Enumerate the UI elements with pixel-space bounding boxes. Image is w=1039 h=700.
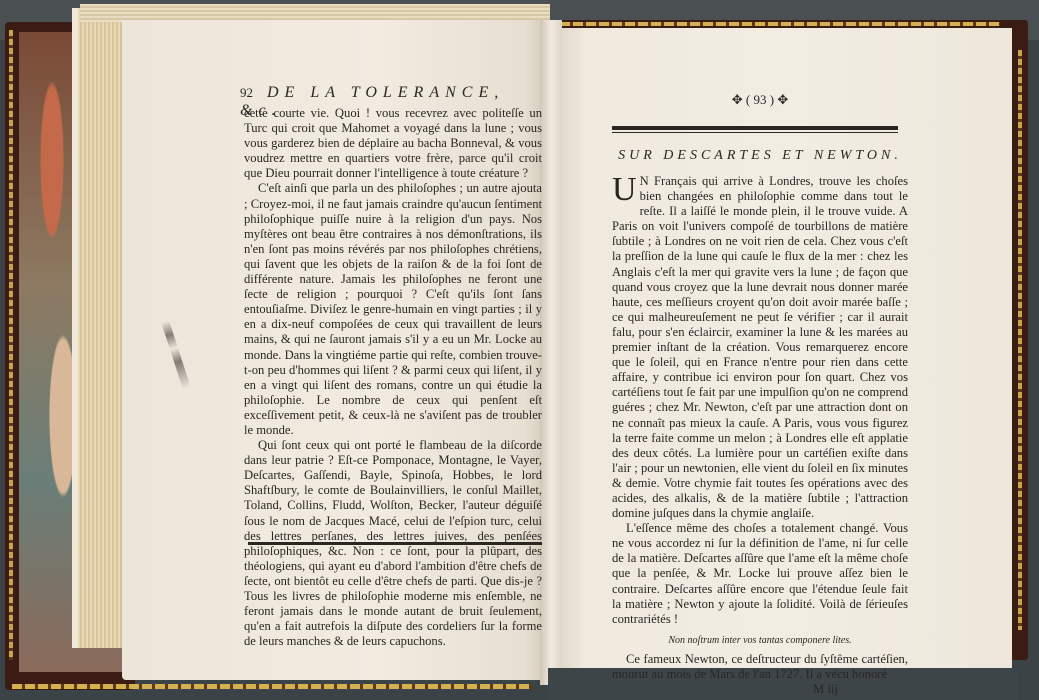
paragraph: cette courte vie. Quoi ! vous recevrez a…: [244, 106, 542, 181]
latin-quote: Non noſtrum inter vos tantas componere l…: [612, 633, 908, 648]
paragraph: C'eſt ainſi que parla un des philoſophes…: [244, 181, 542, 438]
chapter-title: SUR DESCARTES ET NEWTON.: [600, 148, 920, 164]
book-gutter: [540, 20, 562, 685]
paragraph: L'eſſence même des choſes a totalement c…: [612, 521, 908, 627]
end-rule: [248, 542, 542, 545]
fleuron-icon: ✥: [732, 92, 746, 107]
paragraph: Ce fameux Newton, ce deſtructeur du ſyſt…: [612, 652, 908, 682]
left-page-text: cette courte vie. Quoi ! vous recevrez a…: [244, 106, 542, 649]
gilt-border-bottom: [12, 684, 532, 689]
gilt-border-top-right: [560, 22, 1000, 26]
paragraph: UN Français qui arrive à Londres, trouve…: [612, 174, 908, 521]
drop-cap: U: [612, 175, 637, 205]
header-rule-thin: [612, 132, 898, 133]
gilt-border-left: [9, 30, 13, 660]
signature-mark: M iij: [612, 682, 908, 697]
page-number-left: 92: [240, 85, 253, 100]
fleuron-icon: ✥: [774, 92, 788, 107]
right-page-text: UN Français qui arrive à Londres, trouve…: [612, 174, 908, 697]
page-number-right: ✥ ( 93 ) ✥: [600, 92, 920, 108]
header-rule: [612, 126, 898, 130]
gilt-border-right: [1018, 50, 1022, 630]
